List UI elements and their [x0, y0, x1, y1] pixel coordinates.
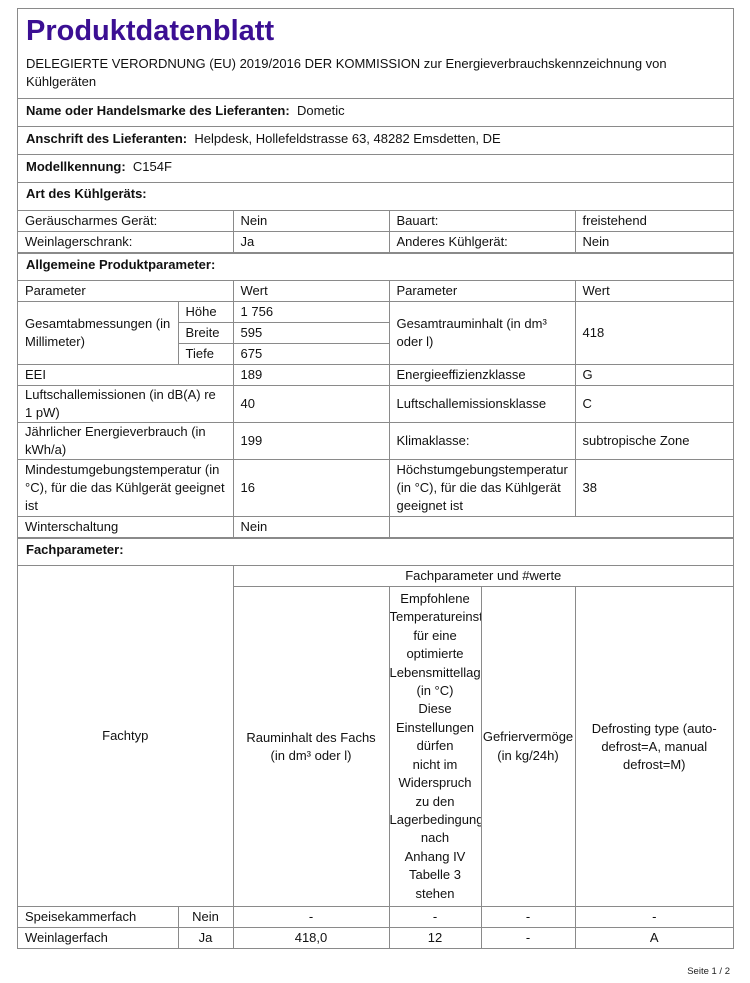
depth-value: 675: [233, 344, 389, 365]
dimensions-label: Gesamtabmessungen (in Millimeter): [18, 302, 178, 365]
compartment-type: Weinlagerfach: [18, 928, 178, 949]
table-row: Gesamtabmessungen (in Millimeter) Höhe 1…: [18, 302, 733, 323]
header-line: für eine: [390, 627, 481, 645]
wine-cabinet-label: Weinlagerschrank:: [18, 232, 233, 253]
design-type-value: freistehend: [575, 211, 733, 232]
header-line: Gefriervermöge: [482, 728, 575, 746]
appliance-type-heading: Art des Kühlgeräts:: [18, 183, 733, 211]
compartment-volume: 418,0: [233, 928, 389, 949]
table-row: Mindestumgebungstemperatur (in °C), für …: [18, 460, 733, 517]
table-row: Winterschaltung Nein: [18, 517, 733, 538]
climate-class-label: Klimaklasse:: [389, 423, 575, 460]
table-row: Geräuscharmes Gerät: Nein Bauart: freist…: [18, 211, 733, 232]
header-line: (in kg/24h): [482, 747, 575, 765]
compartment-defrost: -: [575, 907, 733, 928]
climate-class-value: subtropische Zone: [575, 423, 733, 460]
header-line: dürfen: [390, 737, 481, 755]
supplier-name-row: Name oder Handelsmarke des Lieferanten: …: [18, 99, 733, 127]
table-row: Weinlagerschrank: Ja Anderes Kühlgerät: …: [18, 232, 733, 253]
supplier-name-label: Name oder Handelsmarke des Lieferanten:: [26, 103, 290, 118]
header-line: Temperatureinstell: [390, 608, 481, 626]
design-type-label: Bauart:: [389, 211, 575, 232]
annual-energy-value: 199: [233, 423, 389, 460]
total-volume-value: 418: [575, 302, 733, 365]
table-row: Weinlagerfach Ja 418,0 12 - A: [18, 928, 733, 949]
header-line: Tabelle 3: [390, 866, 481, 884]
supplier-address-value: Helpdesk, Hollefeldstrasse 63, 48282 Ems…: [194, 131, 500, 146]
page-number: Seite 1 / 2: [687, 966, 730, 977]
compartment-defrost: A: [575, 928, 733, 949]
general-parameters-table: Parameter Wert Parameter Wert Gesamtabme…: [18, 281, 733, 538]
empty-cell: [389, 517, 733, 538]
col-parameter: Parameter: [389, 281, 575, 302]
other-appliance-value: Nein: [575, 232, 733, 253]
compartment-parameters-table: Fachtyp Fachparameter und #werte Rauminh…: [18, 566, 733, 949]
compartment-volume: -: [233, 907, 389, 928]
energy-class-value: G: [575, 365, 733, 386]
freezing-capacity-text: Gefriervermöge(in kg/24h): [482, 728, 575, 765]
header-line: nicht im: [390, 756, 481, 774]
noise-class-label: Luftschallemissionsklasse: [389, 386, 575, 423]
product-data-sheet: Produktdatenblatt DELEGIERTE VERORDNUNG …: [17, 8, 734, 949]
header-line: nach: [390, 829, 481, 847]
compartment-temp: -: [389, 907, 481, 928]
appliance-type-table: Geräuscharmes Gerät: Nein Bauart: freist…: [18, 211, 733, 253]
general-parameters-heading: Allgemeine Produktparameter:: [18, 253, 733, 281]
table-header-row: Fachtyp Fachparameter und #werte: [18, 566, 733, 587]
header-line: optimierte: [390, 645, 481, 663]
noise-class-value: C: [575, 386, 733, 423]
low-noise-value: Nein: [233, 211, 389, 232]
table-row: Speisekammerfach Nein - - - -: [18, 907, 733, 928]
header-line: Lebensmittellagerı: [390, 664, 481, 682]
table-row: Luftschallemissionen (in dB(A) re 1 pW) …: [18, 386, 733, 423]
compartment-present: Ja: [178, 928, 233, 949]
header-line: zu den: [390, 793, 481, 811]
header-line: (in °C): [390, 682, 481, 700]
col-freezing-capacity: Gefriervermöge(in kg/24h): [481, 587, 575, 907]
col-parameter: Parameter: [18, 281, 233, 302]
header-line: Empfohlene: [390, 590, 481, 608]
depth-label: Tiefe: [178, 344, 233, 365]
winter-value: Nein: [233, 517, 389, 538]
compartment-parameters-heading: Fachparameter:: [18, 538, 733, 566]
header-line: Lagerbedingunge: [390, 811, 481, 829]
compartment-present: Nein: [178, 907, 233, 928]
max-temp-value: 38: [575, 460, 733, 517]
regulation-text: DELEGIERTE VERORDNUNG (EU) 2019/2016 DER…: [18, 49, 733, 99]
width-label: Breite: [178, 323, 233, 344]
col-value: Wert: [233, 281, 389, 302]
supplier-address-label: Anschrift des Lieferanten:: [26, 131, 187, 146]
compartment-freeze: -: [481, 907, 575, 928]
header-line: Diese: [390, 700, 481, 718]
width-value: 595: [233, 323, 389, 344]
col-compartment-type: Fachtyp: [18, 566, 233, 907]
noise-label: Luftschallemissionen (in dB(A) re 1 pW): [18, 386, 233, 423]
compartment-type: Speisekammerfach: [18, 907, 178, 928]
wine-cabinet-value: Ja: [233, 232, 389, 253]
recommended-temp-text: EmpfohleneTemperatureinstellfür eineopti…: [390, 590, 481, 903]
col-defrost-type: Defrosting type (auto-defrost=A, manual …: [575, 587, 733, 907]
table-row: Jährlicher Energieverbrauch (in kWh/a) 1…: [18, 423, 733, 460]
model-label: Modellkennung:: [26, 159, 126, 174]
low-noise-label: Geräuscharmes Gerät:: [18, 211, 233, 232]
energy-class-label: Energieeffizienzklasse: [389, 365, 575, 386]
model-value: C154F: [133, 159, 172, 174]
winter-label: Winterschaltung: [18, 517, 233, 538]
header-line: Anhang IV: [390, 848, 481, 866]
max-temp-label: Höchstumgebungstemperatur (in °C), für d…: [389, 460, 575, 517]
supplier-address-row: Anschrift des Lieferanten: Helpdesk, Hol…: [18, 127, 733, 155]
height-value: 1 756: [233, 302, 389, 323]
table-header-row: Parameter Wert Parameter Wert: [18, 281, 733, 302]
height-label: Höhe: [178, 302, 233, 323]
supplier-name-value: Dometic: [297, 103, 345, 118]
eei-value: 189: [233, 365, 389, 386]
model-row: Modellkennung: C154F: [18, 155, 733, 183]
max-temp-label-text: Höchstumgebungstemperatur (in °C), für d…: [397, 461, 575, 515]
page-title: Produktdatenblatt: [18, 9, 733, 49]
header-line: Widerspruch: [390, 774, 481, 792]
header-line: Einstellungen: [390, 719, 481, 737]
col-volume: Rauminhalt des Fachs (in dm³ oder l): [233, 587, 389, 907]
min-temp-label: Mindestumgebungstemperatur (in °C), für …: [18, 460, 233, 517]
other-appliance-label: Anderes Kühlgerät:: [389, 232, 575, 253]
table-row: EEI 189 Energieeffizienzklasse G: [18, 365, 733, 386]
annual-energy-label: Jährlicher Energieverbrauch (in kWh/a): [18, 423, 233, 460]
eei-label: EEI: [18, 365, 233, 386]
min-temp-value: 16: [233, 460, 389, 517]
total-volume-label: Gesamtrauminhalt (in dm³ oder l): [389, 302, 575, 365]
noise-value: 40: [233, 386, 389, 423]
col-value: Wert: [575, 281, 733, 302]
compartment-temp: 12: [389, 928, 481, 949]
col-group-header: Fachparameter und #werte: [233, 566, 733, 587]
compartment-freeze: -: [481, 928, 575, 949]
col-recommended-temp: EmpfohleneTemperatureinstellfür eineopti…: [389, 587, 481, 907]
header-line: stehen: [390, 885, 481, 903]
